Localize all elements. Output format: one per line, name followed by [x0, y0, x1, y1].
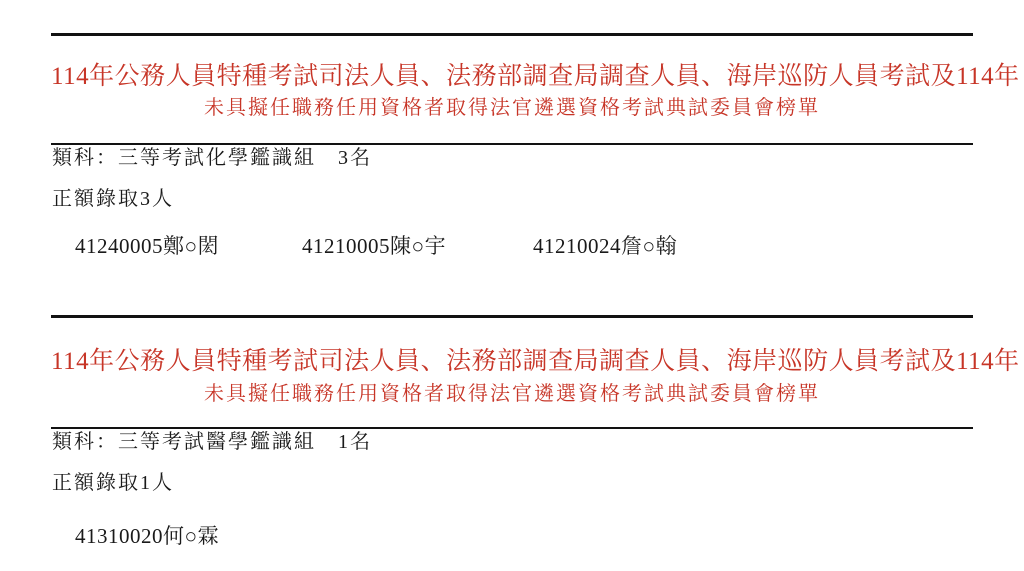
admitted-candidate: 41210024詹○翰 — [533, 234, 677, 258]
admitted-candidate: 41240005鄭○閎 — [75, 234, 219, 258]
section1-category-label: 類科：三等考試化學鑑識組 3名 — [52, 147, 372, 169]
admitted-candidate: 41210005陳○宇 — [302, 234, 446, 258]
section1-header-rule — [51, 143, 973, 145]
section1-bottom-rule — [51, 315, 973, 318]
section2-title-line2: 未具擬任職務任用資格者取得法官遴選資格考試典試委員會榜單 — [51, 381, 973, 407]
section1-quota-label: 正額錄取3人 — [52, 188, 174, 210]
section2-category-label: 類科：三等考試醫學鑑識組 1名 — [52, 431, 372, 453]
section2-header-rule — [51, 427, 973, 429]
section2-quota-label: 正額錄取1人 — [52, 472, 174, 494]
section1-top-rule — [51, 33, 973, 36]
exam-results-document: 114年公務人員特種考試司法人員、法務部調查局調查人員、海岸巡防人員考試及114… — [0, 0, 1024, 571]
section2-title-line1: 114年公務人員特種考試司法人員、法務部調查局調查人員、海岸巡防人員考試及114… — [51, 347, 973, 377]
admitted-candidate: 41310020何○霖 — [75, 524, 219, 548]
section1-title-line1: 114年公務人員特種考試司法人員、法務部調查局調查人員、海岸巡防人員考試及114… — [51, 62, 973, 92]
section1-title-line2: 未具擬任職務任用資格者取得法官遴選資格考試典試委員會榜單 — [51, 95, 973, 121]
